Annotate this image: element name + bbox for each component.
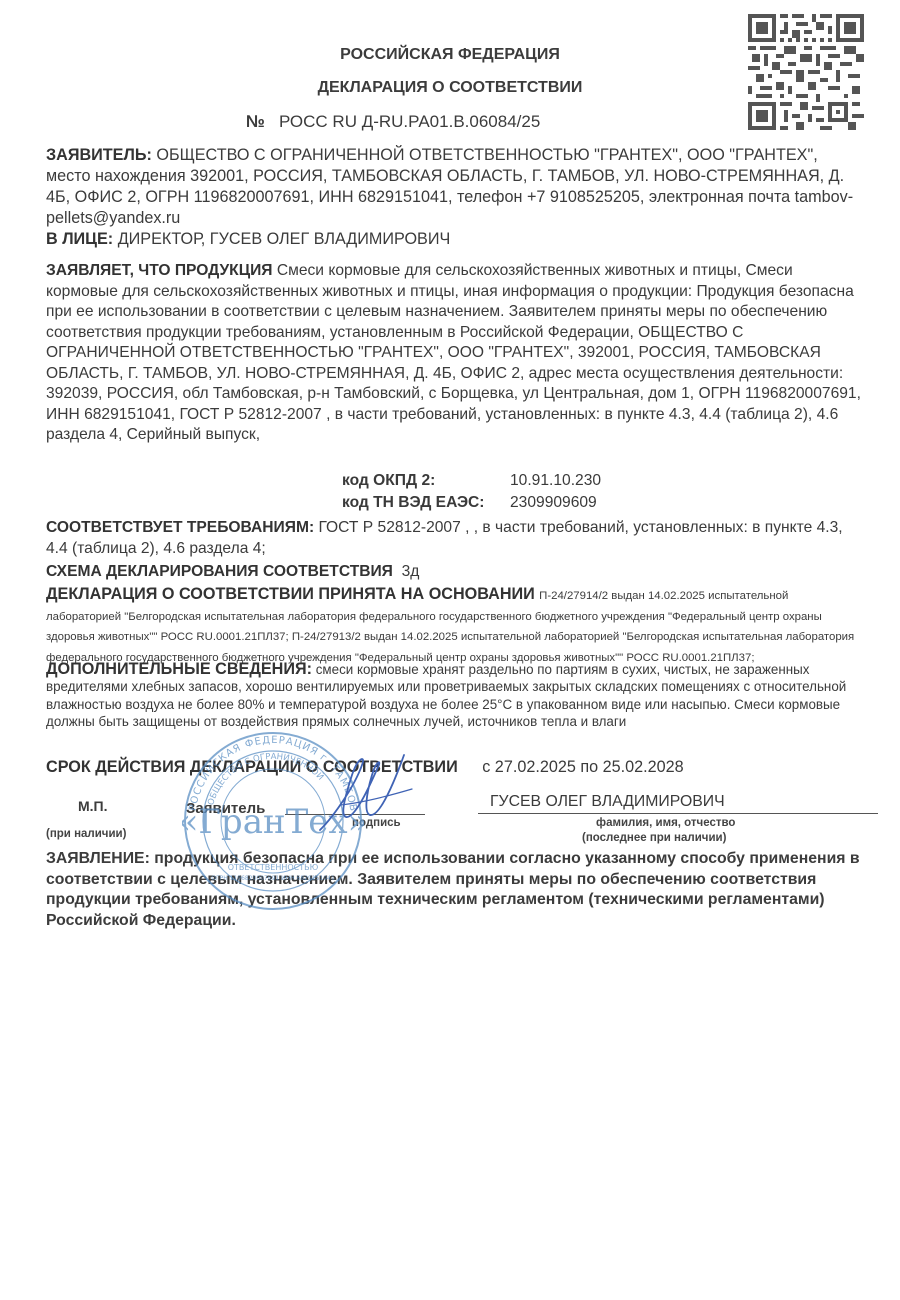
- name-caption-2: (последнее при наличии): [582, 832, 726, 844]
- seal-label: М.П.: [78, 798, 108, 814]
- scheme-label: СХЕМА ДЕКЛАРИРОВАНИЯ СООТВЕТСТВИЯ: [46, 563, 393, 580]
- validity-section: СРОК ДЕЙСТВИЯ ДЕКЛАРАЦИИ О СООТВЕТСТВИИ …: [46, 758, 684, 777]
- declares-label: ЗАЯВЛЯЕТ, ЧТО ПРОДУКЦИЯ: [46, 262, 273, 279]
- basis-section: ДЕКЛАРАЦИЯ О СООТВЕТСТВИИ ПРИНЯТА НА ОСН…: [46, 584, 866, 667]
- signature-line: [285, 814, 425, 815]
- signature-caption: подпись: [352, 817, 401, 829]
- declaration-number: №РОСС RU Д-RU.РА01.В.06084/25: [246, 112, 540, 132]
- additional-label: ДОПОЛНИТЕЛЬНЫЕ СВЕДЕНИЯ:: [46, 660, 312, 678]
- applicant-section: ЗАЯВИТЕЛЬ: ОБЩЕСТВО С ОГРАНИЧЕННОЙ ОТВЕТ…: [46, 145, 866, 250]
- code-row-tnved: код ТН ВЭД ЕАЭС: 2309909609: [342, 492, 601, 514]
- validity-value: с 27.02.2025 по 25.02.2028: [482, 758, 683, 776]
- declares-section: ЗАЯВЛЯЕТ, ЧТО ПРОДУКЦИЯ Смеси кормовые д…: [46, 261, 866, 446]
- name-line: [478, 813, 878, 814]
- declares-text: Смеси кормовые для сельскохозяйственных …: [46, 262, 861, 443]
- represented-text: ДИРЕКТОР, ГУСЕВ ОЛЕГ ВЛАДИМИРОВИЧ: [118, 230, 451, 248]
- tnved-label: код ТН ВЭД ЕАЭС:: [342, 492, 510, 514]
- validity-label: СРОК ДЕЙСТВИЯ ДЕКЛАРАЦИИ О СООТВЕТСТВИИ: [46, 758, 458, 776]
- conforms-label: СООТВЕТСТВУЕТ ТРЕБОВАНИЯМ:: [46, 519, 314, 536]
- basis-label: ДЕКЛАРАЦИЯ О СООТВЕТСТВИИ ПРИНЯТА НА ОСН…: [46, 585, 535, 603]
- represented-label: В ЛИЦЕ:: [46, 230, 113, 248]
- additional-section: ДОПОЛНИТЕЛЬНЫЕ СВЕДЕНИЯ: смеси кормовые …: [46, 661, 866, 731]
- name-caption-1: фамилия, имя, отчество: [596, 817, 735, 829]
- statement-section: ЗАЯВЛЕНИЕ: продукция безопасна при ее ис…: [46, 849, 866, 931]
- code-row-okpd: код ОКПД 2: 10.91.10.230: [342, 470, 601, 492]
- declaration-number-value: РОСС RU Д-RU.РА01.В.06084/25: [279, 112, 540, 131]
- product-codes: код ОКПД 2: 10.91.10.230 код ТН ВЭД ЕАЭС…: [342, 470, 601, 514]
- applicant-text: ОБЩЕСТВО С ОГРАНИЧЕННОЙ ОТВЕТСТВЕННОСТЬЮ…: [46, 146, 853, 227]
- tnved-value: 2309909609: [510, 492, 597, 514]
- okpd-label: код ОКПД 2:: [342, 470, 510, 492]
- statement-text: продукция безопасна при ее использовании…: [46, 850, 860, 929]
- conforms-section: СООТВЕТСТВУЕТ ТРЕБОВАНИЯМ: ГОСТ Р 52812-…: [46, 518, 866, 559]
- number-symbol: №: [246, 112, 265, 131]
- applicant-signature-label: Заявитель: [186, 800, 265, 817]
- scheme-value: 3д: [402, 563, 420, 580]
- seal-note: (при наличии): [46, 828, 126, 840]
- signatory-name: ГУСЕВ ОЛЕГ ВЛАДИМИРОВИЧ: [478, 793, 876, 811]
- qr-code-icon: [748, 14, 864, 130]
- statement-label: ЗАЯВЛЕНИЕ:: [46, 850, 150, 867]
- okpd-value: 10.91.10.230: [510, 470, 601, 492]
- scheme-section: СХЕМА ДЕКЛАРИРОВАНИЯ СООТВЕТСТВИЯ 3д: [46, 562, 866, 583]
- applicant-label: ЗАЯВИТЕЛЬ:: [46, 146, 152, 164]
